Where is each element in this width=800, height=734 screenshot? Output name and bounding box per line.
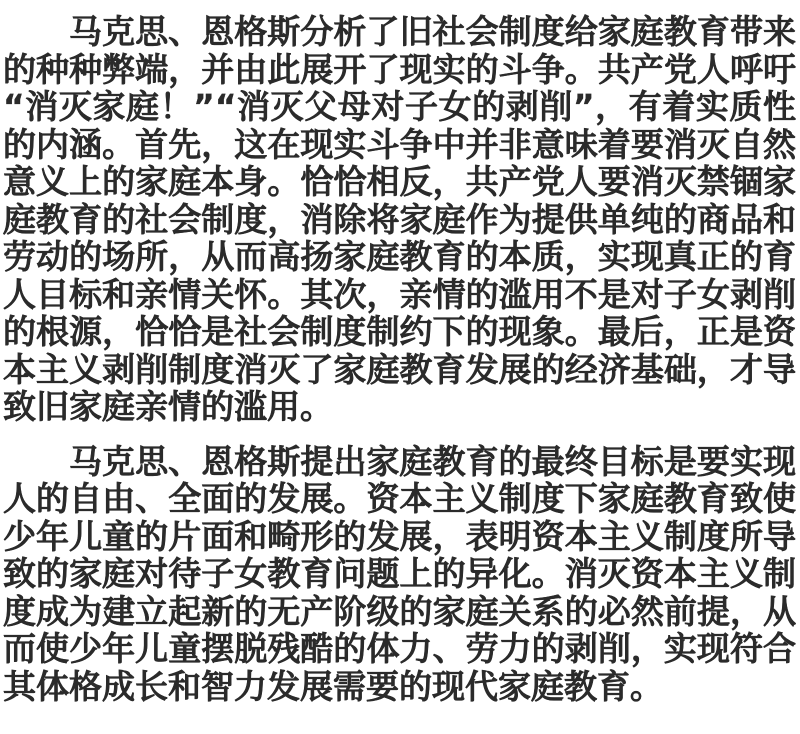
document-page: 马克思、恩格斯分析了旧社会制度给家庭教育带来的种种弊端，并由此展开了现实的斗争。… <box>0 0 800 734</box>
paragraph-marx-engels-goal: 马克思、恩格斯提出家庭教育的最终目标是要实现人的自由、全面的发展。资本主义制度下… <box>3 443 796 706</box>
paragraph-marx-engels-critique: 马克思、恩格斯分析了旧社会制度给家庭教育带来的种种弊端，并由此展开了现实的斗争。… <box>3 13 796 426</box>
